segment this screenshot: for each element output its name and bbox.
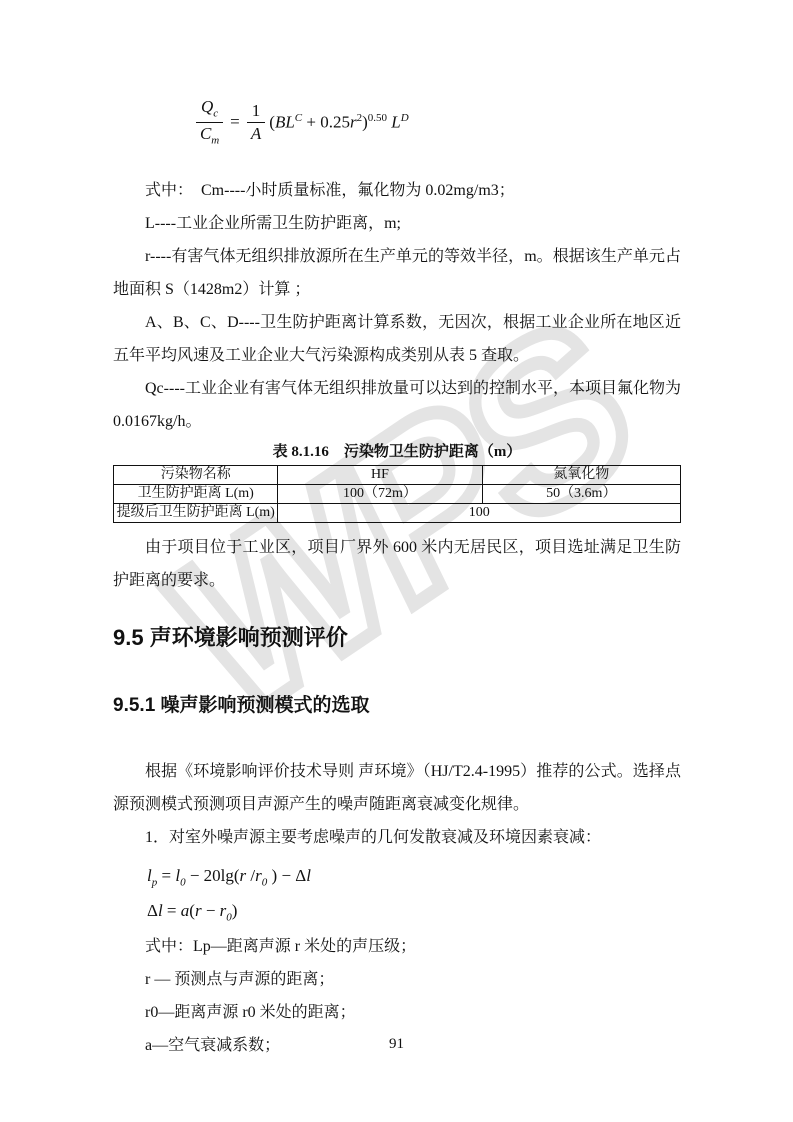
table-row: 提级后卫生防护距离 L(m) 100: [114, 504, 681, 523]
cell-hf-value: 100（72m）: [278, 485, 482, 504]
formula-health-protection-distance: Qc Cm = 1 A (BLC + 0.25r2)0.50 LD: [196, 94, 681, 150]
table-row: 卫生防护距离 L(m) 100（72m） 50（3.6m）: [114, 485, 681, 504]
header-hf: HF: [278, 466, 482, 485]
cell-upgraded-distance-value: 100: [278, 504, 681, 523]
fraction-1-a: 1 A: [247, 101, 266, 143]
header-nox: 氮氧化物: [482, 466, 680, 485]
section-heading-9-5-1: 9.5.1 噪声影响预测模式的选取: [113, 693, 681, 719]
header-pollutant-name: 污染物名称: [114, 466, 278, 485]
cell-nox-value: 50（3.6m）: [482, 485, 680, 504]
cell-distance-label: 卫生防护距离 L(m): [114, 485, 278, 504]
page-content: Qc Cm = 1 A (BLC + 0.25r2)0.50 LD 式中： Cm…: [0, 0, 793, 1062]
paragraph-site-conclusion: 由于项目位于工业区，项目厂界外 600 米内无居民区，项目选址满足卫生防护距离的…: [113, 531, 681, 597]
formula-delta-l: Δl = a(r − r0): [147, 895, 681, 930]
paragraph-qc-definition: Qc----工业企业有害气体无组织排放量可以达到的控制水平，本项目氟化物为 0.…: [113, 372, 681, 438]
definition-r: r — 预测点与声源的距离；: [113, 963, 681, 996]
cell-upgraded-distance-label: 提级后卫生防护距离 L(m): [114, 504, 278, 523]
formula-rhs: (BLC + 0.25r2)0.50 LD: [269, 112, 408, 133]
paragraph-r-definition: r----有害气体无组织排放源所在生产单元的等效半径，m。根据该生产单元占地面积…: [113, 240, 681, 306]
paragraph-l-definition: L----工业企业所需卫生防护距离，m;: [113, 207, 681, 240]
paragraph-noise-model-intro: 根据《环境影响评价技术导则 声环境》（HJ/T2.4-1995）推荐的公式。选择…: [113, 755, 681, 821]
definition-lp: 式中：Lp—距离声源 r 米处的声压级；: [113, 930, 681, 963]
table-header-row: 污染物名称 HF 氮氧化物: [114, 466, 681, 485]
paragraph-outdoor-noise: 1．对室外噪声源主要考虑噪声的几何发散衰减及环境因素衰减：: [113, 821, 681, 854]
page-number: 91: [0, 1036, 793, 1053]
definition-r0: r0—距离声源 r0 米处的距离；: [113, 996, 681, 1029]
table-caption: 表 8.1.16 污染物卫生防护距离（m）: [113, 441, 681, 463]
protection-distance-table: 污染物名称 HF 氮氧化物 卫生防护距离 L(m) 100（72m） 50（3.…: [113, 465, 681, 523]
paragraph-cm-definition: 式中： Cm----小时质量标准，氟化物为 0.02mg/m3；: [113, 174, 681, 207]
paragraph-abcd-definition: A、B、C、D----卫生防护距离计算系数，无因次，根据工业企业所在地区近五年平…: [113, 306, 681, 372]
section-heading-9-5: 9.5 声环境影响预测评价: [113, 623, 681, 653]
document-page: WPS Qc Cm = 1 A (BLC + 0.25r2)0.50 LD 式中…: [0, 0, 793, 1122]
formula-sound-pressure-level: lp = l0 − 20lg(r /r0 ) − Δl: [147, 860, 681, 895]
fraction-qc-cm: Qc Cm: [196, 97, 223, 146]
